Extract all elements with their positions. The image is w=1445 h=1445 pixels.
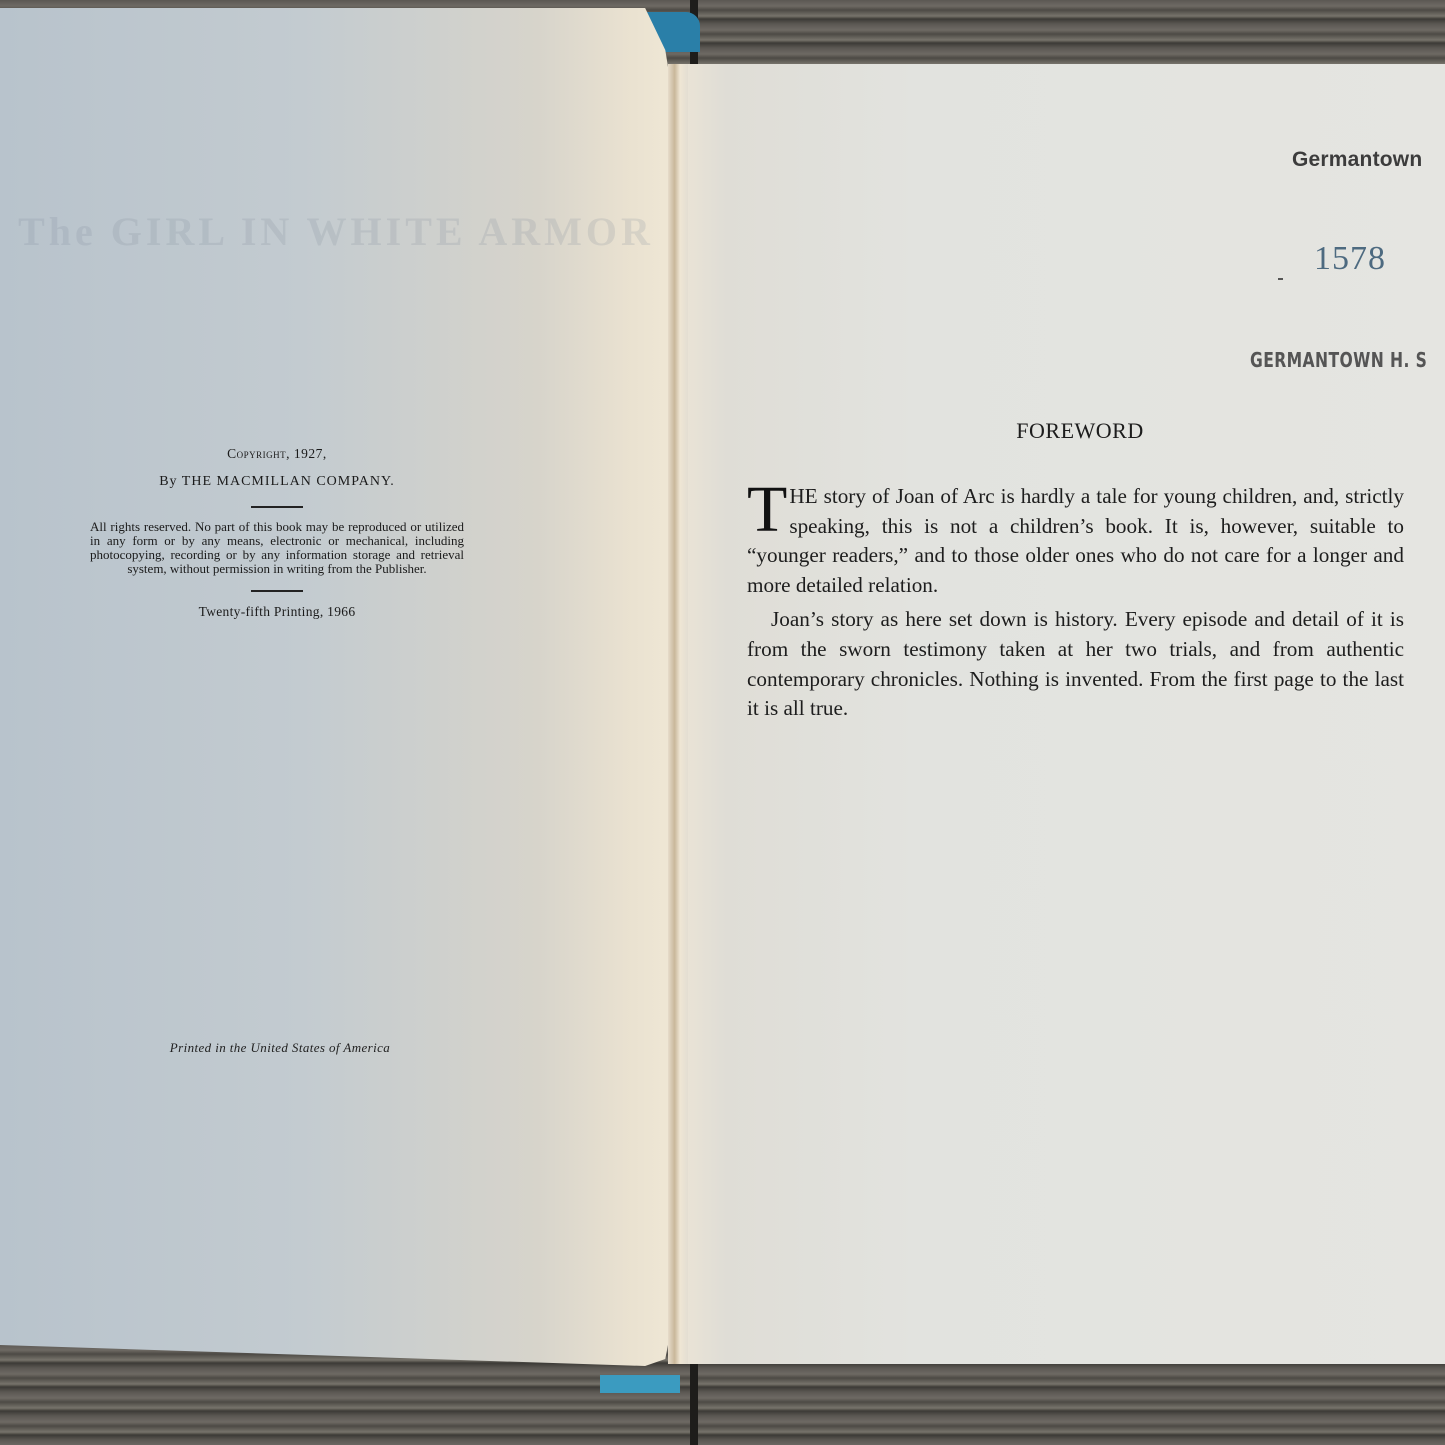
printed-in-line: Printed in the United States of America [100, 1040, 460, 1056]
rights-notice: All rights reserved. No part of this boo… [82, 520, 472, 576]
divider-rule [251, 506, 303, 508]
foreword-heading: FOREWORD [740, 418, 1420, 444]
drop-cap: T [747, 484, 787, 536]
publisher-name: By THE MACMILLAN COMPANY. [82, 472, 472, 492]
book-cover-cloth-bottom [600, 1375, 680, 1393]
divider-rule [251, 590, 303, 592]
printing-info: Twenty-fifth Printing, 1966 [82, 604, 472, 620]
accession-number-stamp: 1578 [1314, 240, 1386, 278]
stamp-mark [1278, 278, 1283, 280]
book-gutter [668, 64, 690, 1364]
left-page: The GIRL IN WHITE ARMOR [0, 8, 672, 1408]
foreword-body: THE story of Joan of Arc is hardly a tal… [747, 482, 1404, 724]
school-stamp: GERMANTOWN H. S [1250, 348, 1427, 372]
copyright-year: Copyright, 1927, [82, 444, 472, 464]
paragraph-text: HE story of Joan of Arc is hardly a tale… [747, 484, 1404, 597]
copyright-block: Copyright, 1927, By THE MACMILLAN COMPAN… [82, 444, 472, 620]
foreword-paragraph: Joan’s story as here set down is history… [747, 605, 1404, 723]
show-through-title: The GIRL IN WHITE ARMOR [0, 208, 672, 255]
foreword-paragraph: THE story of Joan of Arc is hardly a tal… [747, 482, 1404, 600]
library-stamp: Germantown [1292, 148, 1422, 172]
